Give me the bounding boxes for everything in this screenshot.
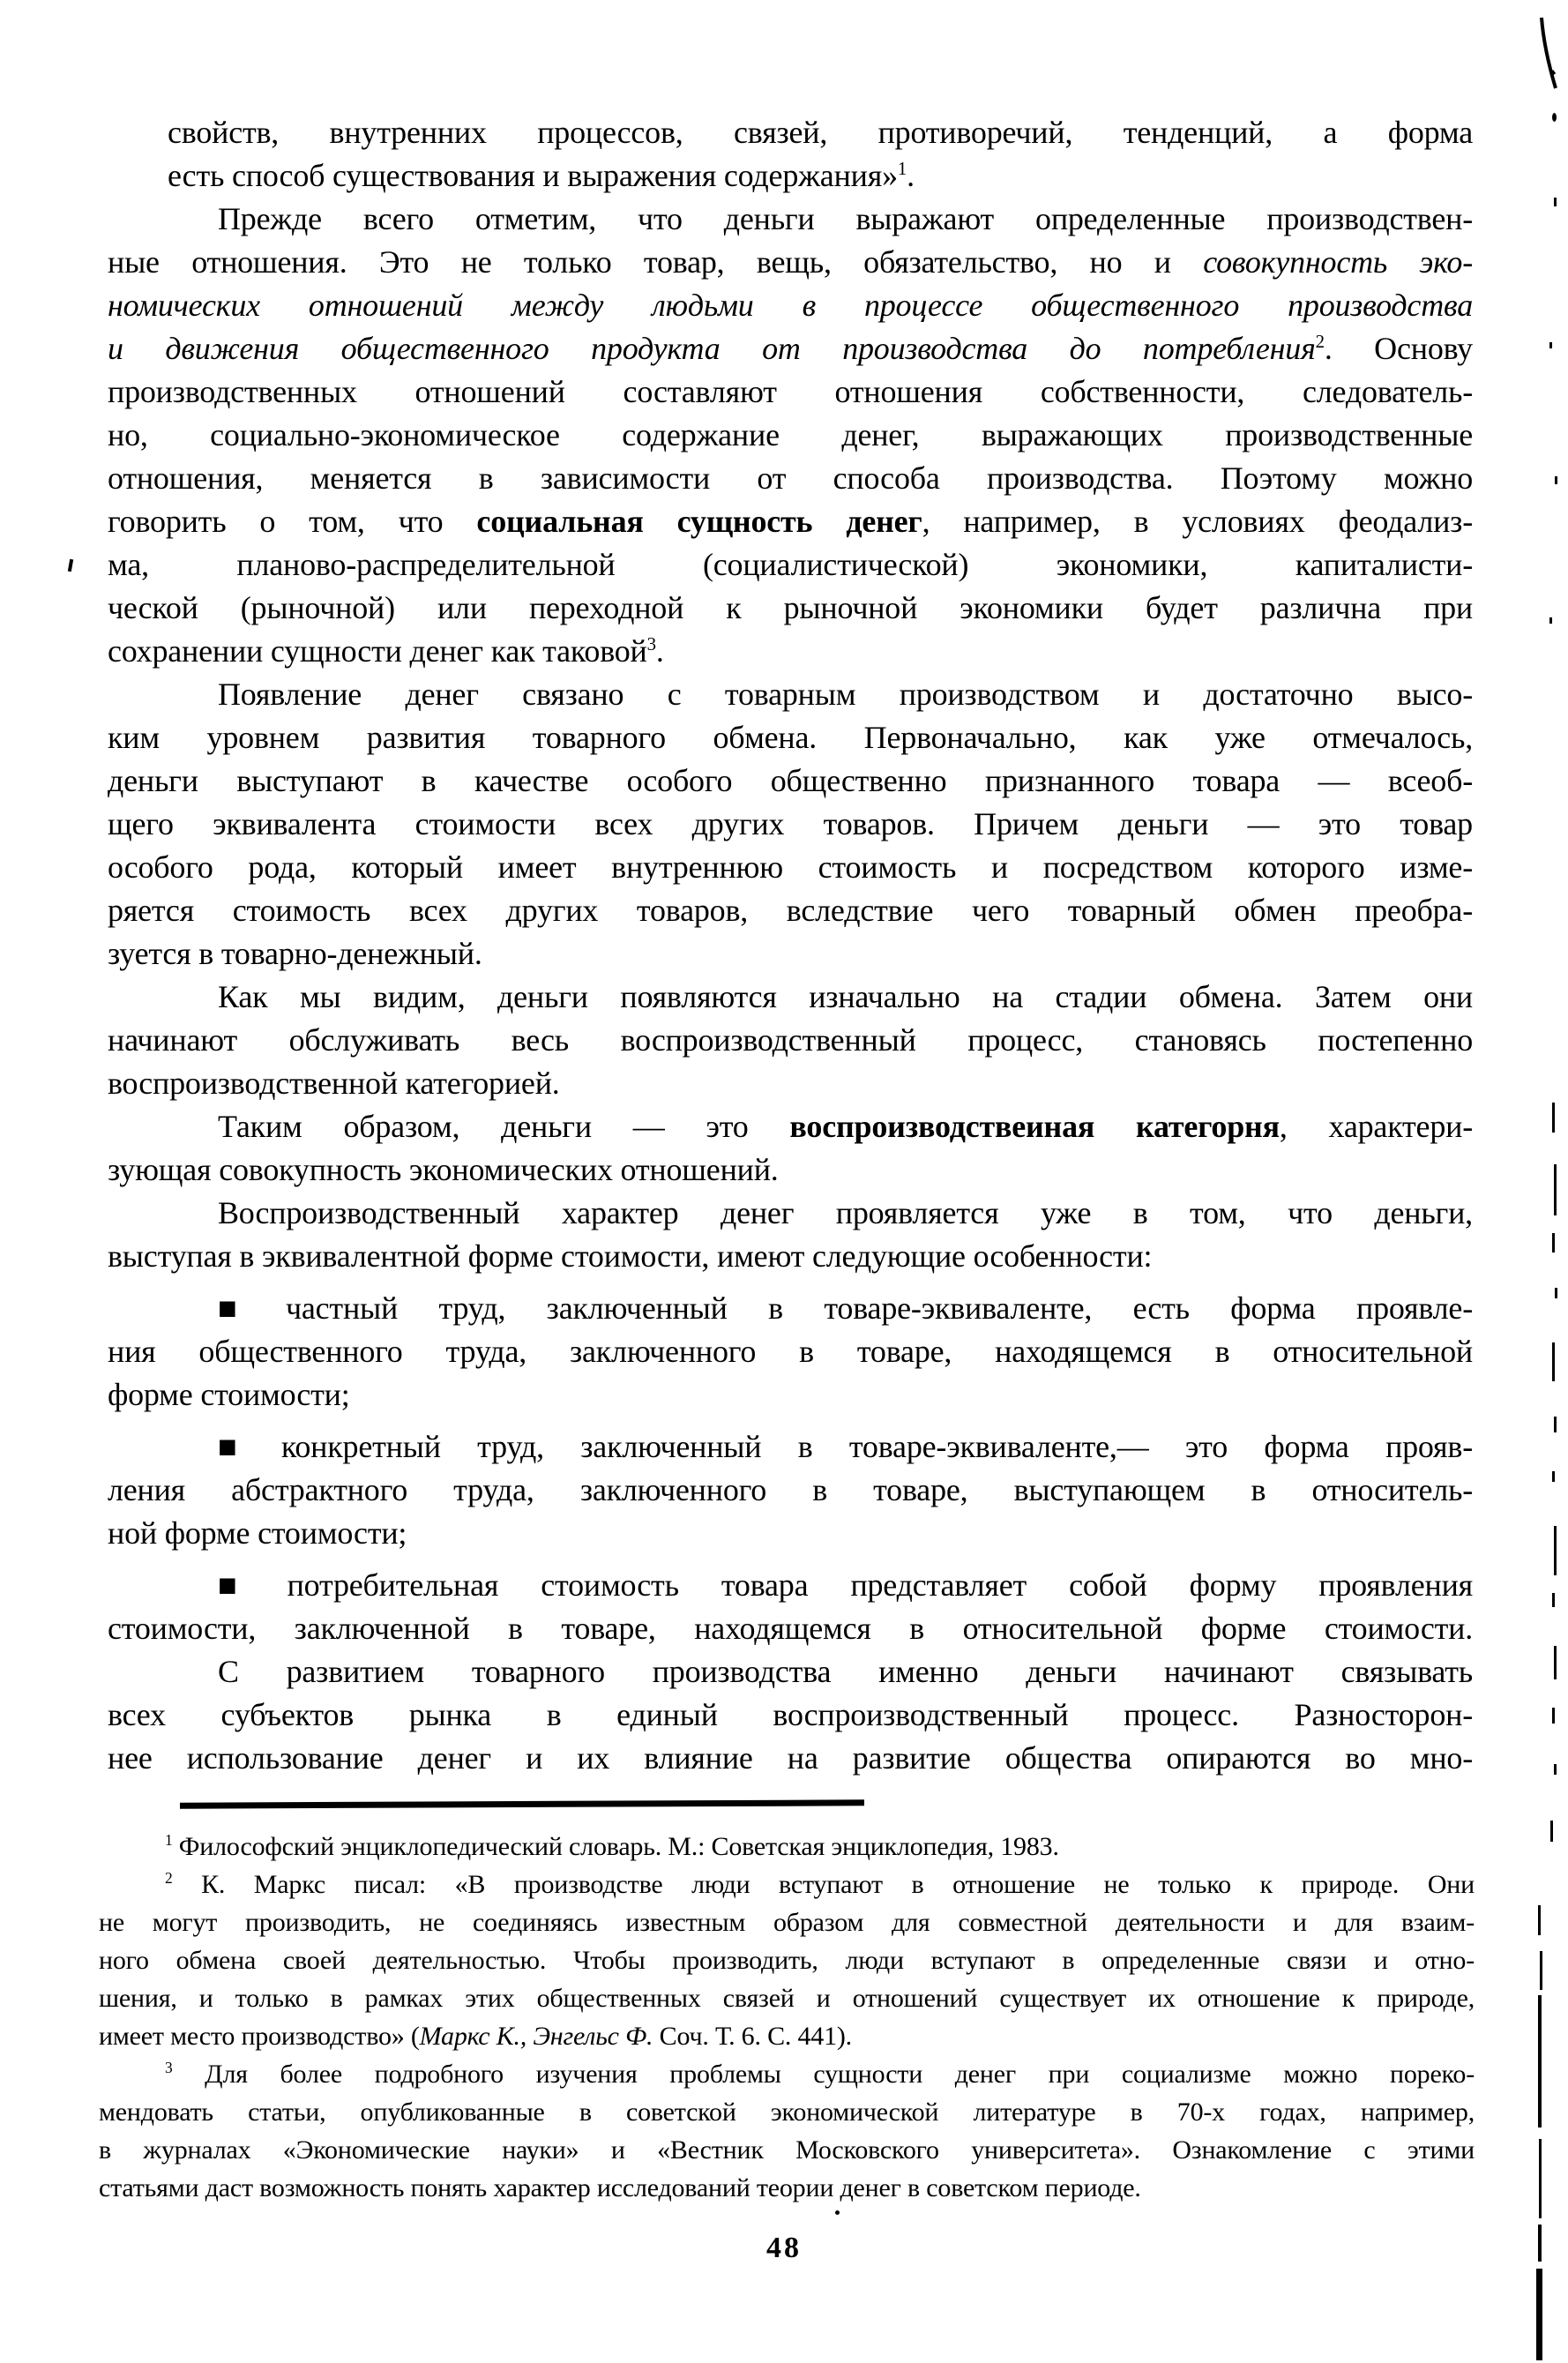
paragraph: Прежде всего отметим, что деньги выражаю… (108, 198, 1473, 673)
text-line: 1 Философский энциклопедический словарь.… (99, 1828, 1475, 1866)
scan-artifact-line-segment (1540, 1951, 1542, 1990)
text-line: ряется стоимость всех других товаров, вс… (108, 889, 1473, 932)
scan-artifact-dash (1549, 342, 1552, 348)
scan-artifact-dash (1552, 1593, 1555, 1607)
footnote: 1 Философский энциклопедический словарь.… (99, 1828, 1475, 1866)
scan-artifact-line-segment (1538, 1905, 1541, 1935)
footnotes: 1 Философский энциклопедический словарь.… (99, 1828, 1475, 2207)
text-line: номических отношений между людьми в проц… (108, 284, 1473, 327)
scan-artifact-dash (1554, 1526, 1557, 1575)
text-line: ■ конкретный труд, заключенный в товаре-… (108, 1425, 1473, 1469)
text-line: особого рода, который имеет внутреннюю с… (108, 846, 1473, 889)
scan-artifact-line-segment (1539, 2139, 1542, 2218)
scan-artifact-dash (68, 559, 73, 572)
text-line: всех субъектов рынка в единый воспроизво… (108, 1694, 1473, 1737)
bullet-item: ■ конкретный труд, заключенный в товаре-… (108, 1425, 1473, 1555)
paragraph: Как мы видим, деньги появляются изначаль… (108, 976, 1473, 1105)
scan-artifact-dash (1555, 476, 1557, 484)
scan-artifact-dash (1552, 1103, 1555, 1133)
text-line: Воспроизводственный характер денег прояв… (108, 1192, 1473, 1235)
text-line: имеет место производство» (Маркс К., Энг… (99, 2017, 1475, 2055)
text-line: воспроизводственной категорией. (108, 1062, 1473, 1105)
text-line: ким уровнем развития товарного обмена. П… (108, 716, 1473, 759)
paragraph: Таким образом, деньги — это воспроизводс… (108, 1105, 1473, 1192)
footnote-separator (180, 1799, 864, 1808)
text-line: ма, планово-распределительной (социалист… (108, 543, 1473, 587)
text-line: свойств, внутренних процессов, связей, п… (168, 111, 1473, 154)
text-line: 2 К. Маркс писал: «В производстве люди в… (99, 1866, 1475, 1903)
scanned-book-page: свойств, внутренних процессов, связей, п… (0, 0, 1568, 2363)
paragraph: С развитием товарного производства именн… (108, 1650, 1473, 1780)
text-line: начинают обслуживать весь воспроизводств… (108, 1019, 1473, 1062)
text-line: щего эквивалента стоимости всех других т… (108, 803, 1473, 846)
body-text-column: свойств, внутренних процессов, связей, п… (108, 111, 1473, 1780)
footnote: 2 К. Маркс писал: «В производстве люди в… (99, 1866, 1475, 2055)
text-line: мендовать статьи, опубликованные в совет… (99, 2093, 1475, 2131)
page-number: 48 (0, 2232, 1568, 2265)
text-line: есть способ существования и выражения со… (168, 154, 1473, 198)
text-line: не могут производить, не соединяясь изве… (99, 1903, 1475, 1941)
text-line: ления абстрактного труда, заключенного в… (108, 1469, 1473, 1512)
scan-artifact-dash (1554, 1764, 1557, 1775)
text-line: говорить о том, что социальная сущность … (108, 500, 1473, 543)
text-line: отношения, меняется в зависимости от спо… (108, 457, 1473, 500)
text-line: ные отношения. Это не только товар, вещь… (108, 241, 1473, 284)
scan-artifact-dash (1554, 198, 1557, 206)
text-line: шения, и только в рамках этих общественн… (99, 1979, 1475, 2017)
text-line: ческой (рыночной) или переходной к рыноч… (108, 587, 1473, 630)
text-line: сохранении сущности денег как таковой3. (108, 630, 1473, 673)
text-line: Как мы видим, деньги появляются изначаль… (108, 976, 1473, 1019)
text-line: нее использование денег и их влияние на … (108, 1737, 1473, 1780)
text-line: зующая совокупность экономических отноше… (108, 1148, 1473, 1192)
text-line: выступая в эквивалентной форме стоимости… (108, 1235, 1473, 1278)
text-line: деньги выступают в качестве особого обще… (108, 759, 1473, 803)
scan-artifact-dash (1552, 1233, 1555, 1253)
text-line: производственных отношений составляют от… (108, 370, 1473, 414)
text-line: Таким образом, деньги — это воспроизводс… (108, 1105, 1473, 1148)
scan-artifact-dash (1550, 1821, 1553, 1842)
bullet-item: ■ потребительная стоимость товара предст… (108, 1564, 1473, 1650)
text-line: ния общественного труда, заключенного в … (108, 1330, 1473, 1373)
scan-artifact-line-segment (1536, 2269, 1542, 2360)
text-line: ■ потребительная стоимость товара предст… (108, 1564, 1473, 1607)
scan-artifact-dot (1552, 113, 1557, 122)
text-line: ■ частный труд, заключенный в товаре-экв… (108, 1287, 1473, 1330)
text-line: 3 Для более подробного изучения проблемы… (99, 2055, 1475, 2093)
text-line: стоимости, заключенной в товаре, находящ… (108, 1607, 1473, 1650)
text-line: статьями даст возможность понять характе… (99, 2169, 1475, 2207)
paragraph: Воспроизводственный характер денег прояв… (108, 1192, 1473, 1278)
text-line: ного обмена своей деятельностью. Чтобы п… (99, 1941, 1475, 1979)
scan-artifact-dash (1554, 1646, 1557, 1679)
text-line: С развитием товарного производства именн… (108, 1650, 1473, 1694)
text-line: в журналах «Экономические науки» и «Вест… (99, 2131, 1475, 2169)
text-line: но, социально-экономическое содержание д… (108, 414, 1473, 457)
scan-artifact-dot (835, 2210, 840, 2215)
text-line: зуется в товарно-денежный. (108, 932, 1473, 976)
scan-artifact-dash (1554, 1164, 1557, 1215)
scan-artifact-dash (1554, 1417, 1557, 1432)
paragraph: свойств, внутренних процессов, связей, п… (168, 111, 1473, 198)
footnote: 3 Для более подробного изучения проблемы… (99, 2055, 1475, 2207)
text-line: Прежде всего отметим, что деньги выражаю… (108, 198, 1473, 241)
text-line: форме стоимости; (108, 1373, 1473, 1417)
scan-artifact-dash (1555, 1288, 1557, 1298)
scan-artifact-dash (1552, 1471, 1555, 1482)
scan-artifact-pen-stroke (1534, 16, 1564, 95)
paragraph: Появление денег связано с товарным произ… (108, 673, 1473, 976)
text-line: ной форме стоимости; (108, 1512, 1473, 1555)
scan-artifact-dash (1552, 1708, 1555, 1724)
scan-artifact-line-segment (1538, 2225, 1542, 2262)
scan-artifact-line-segment (1538, 1995, 1542, 2127)
bullet-item: ■ частный труд, заключенный в товаре-экв… (108, 1287, 1473, 1417)
text-line: Появление денег связано с товарным произ… (108, 673, 1473, 716)
scan-artifact-dash (1549, 617, 1552, 624)
text-line: и движения общественного продукта от про… (108, 327, 1473, 370)
scan-artifact-dash (1552, 1342, 1555, 1381)
